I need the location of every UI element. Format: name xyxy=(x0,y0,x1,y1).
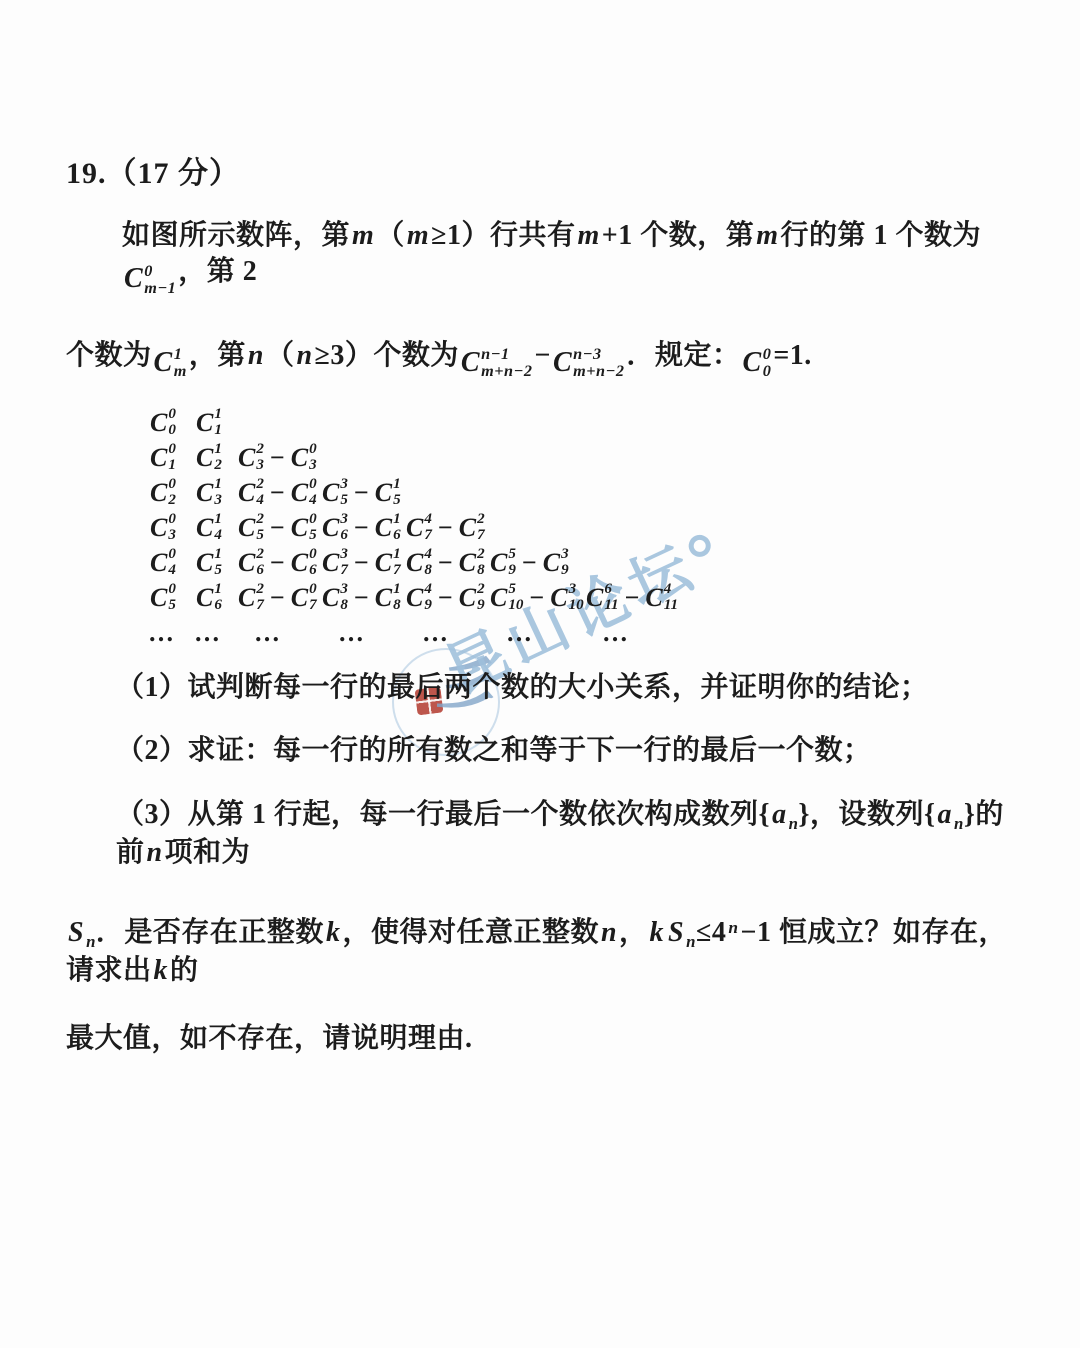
matrix-cell: C03 xyxy=(148,512,194,544)
text-run: =1. xyxy=(773,340,811,371)
binomial-symbol: C24 xyxy=(238,477,264,509)
binomial-symbol: C16 xyxy=(375,512,401,544)
binomial-symbol: Cn−1m+n−2 xyxy=(461,345,533,381)
sup-sub-stack: 411 xyxy=(664,582,678,614)
sup-sub-stack: 49 xyxy=(424,582,432,614)
binomial-symbol: C48 xyxy=(406,547,432,579)
sup-sub-stack: 0m−1 xyxy=(144,263,176,297)
binomial-symbol: C17 xyxy=(375,547,401,579)
math-variable: k xyxy=(648,917,667,948)
binomial-letter: C xyxy=(375,513,392,543)
binomial-symbol: C611 xyxy=(586,582,619,614)
superscript: 0 xyxy=(144,263,176,280)
binomial-letter: C xyxy=(322,583,339,613)
subscript: 2 xyxy=(214,458,222,474)
binomial-symbol: C02 xyxy=(150,477,176,509)
binomial-letter: C xyxy=(196,408,213,438)
problem-points: （17 分） xyxy=(107,157,241,190)
superscript: 3 xyxy=(340,547,348,563)
subscript: m−1 xyxy=(144,280,176,297)
sup-sub-stack: 00 xyxy=(763,346,772,380)
superscript: 4 xyxy=(424,547,432,563)
text-run: +1 个数，第 xyxy=(602,220,754,251)
superscript: 0 xyxy=(168,512,176,528)
sup-sub-stack: 47 xyxy=(424,512,432,544)
binomial-symbol: C35 xyxy=(322,477,348,509)
sup-sub-stack: 16 xyxy=(214,582,222,614)
text-run: ≤ xyxy=(696,917,712,948)
subscript: m+n−2 xyxy=(481,363,532,380)
subscript: n xyxy=(954,814,964,833)
superscript: 1 xyxy=(214,512,222,528)
binomial-symbol: C411 xyxy=(645,582,678,614)
superscript: 5 xyxy=(508,547,516,563)
minus-sign: − xyxy=(354,478,369,508)
sup-sub-stack: 15 xyxy=(214,547,222,579)
superscript: 0 xyxy=(309,512,317,528)
binomial-symbol: C13 xyxy=(196,477,222,509)
text-run: ，第 xyxy=(189,340,246,371)
text-run: 个数为 xyxy=(66,340,152,371)
text-run: 的 xyxy=(170,955,199,986)
text-run: 最大值，如不存在，请说明理由. xyxy=(66,1023,473,1054)
binomial-letter: C xyxy=(238,548,255,578)
binomial-symbol: C04 xyxy=(291,477,317,509)
math-variable: m xyxy=(350,220,376,251)
subscript: 8 xyxy=(393,598,401,614)
subscript: 9 xyxy=(561,563,569,579)
binomial-letter: C xyxy=(322,513,339,543)
text-run: ，第 2 xyxy=(178,256,257,287)
sup-sub-stack: 35 xyxy=(340,477,348,509)
binomial-letter: C xyxy=(553,345,572,381)
subscript: m xyxy=(174,363,187,380)
sup-sub-stack: 01 xyxy=(168,442,176,474)
binomial-letter: C xyxy=(238,443,255,473)
text-run: 如图所示数阵，第 xyxy=(122,220,350,251)
binomial-symbol: C23 xyxy=(238,442,264,474)
subscript: 4 xyxy=(168,563,176,579)
superscript: 3 xyxy=(561,547,569,563)
binomial-symbol: C16 xyxy=(196,582,222,614)
subscript: 11 xyxy=(604,598,618,614)
subscript: 6 xyxy=(256,563,264,579)
sup-sub-stack: 26 xyxy=(256,547,264,579)
text-run: } xyxy=(964,799,976,830)
subscript: 5 xyxy=(256,528,264,544)
binomial-letter: C xyxy=(150,408,167,438)
exam-page: 彡 昆山论坛 19.（17 分） 如图所示数阵，第m（m≥1）行共有m+1 个数… xyxy=(0,0,1080,1348)
subscript: 5 xyxy=(214,563,222,579)
minus-sign: − xyxy=(438,548,453,578)
math-variable: n xyxy=(294,340,314,371)
matrix-row: C03C14C25−C05C36−C16C47−C27 xyxy=(148,510,1080,545)
binomial-letter: C xyxy=(124,261,143,297)
superscript: 4 xyxy=(664,582,678,598)
matrix-cell: C05 xyxy=(148,582,194,614)
binomial-letter: C xyxy=(322,548,339,578)
subscript: 5 xyxy=(340,493,348,509)
text-run: （2）求证：每一行的所有数之和等于下一行的最后一个数； xyxy=(116,735,872,766)
superscript: 2 xyxy=(256,582,264,598)
matrix-cell: C13 xyxy=(194,477,236,509)
ellipsis: … xyxy=(404,618,488,648)
subscript: 10 xyxy=(508,598,523,614)
minus-sign: − xyxy=(354,513,369,543)
sup-sub-stack: 25 xyxy=(256,512,264,544)
binomial-symbol: C39 xyxy=(543,547,569,579)
math-variable: m xyxy=(754,220,780,251)
binomial-symbol: C18 xyxy=(375,582,401,614)
text-run: （ xyxy=(376,220,405,251)
binomial-letter: C xyxy=(196,513,213,543)
superscript: 0 xyxy=(168,477,176,493)
text-run: − xyxy=(534,340,550,371)
binomial-letter: C xyxy=(550,583,567,613)
superscript: 1 xyxy=(393,582,401,598)
sup-sub-stack: 18 xyxy=(393,582,401,614)
superscript: 1 xyxy=(174,346,187,363)
superscript: 0 xyxy=(309,582,317,598)
binomial-letter: C xyxy=(196,478,213,508)
binomial-symbol: C510 xyxy=(490,582,523,614)
binomial-symbol: C15 xyxy=(375,477,401,509)
sup-sub-stack: 07 xyxy=(309,582,317,614)
matrix-row: C01C12C23−C03 xyxy=(148,440,1080,475)
binomial-letter: C xyxy=(743,345,762,381)
binomial-symbol: Cn−3m+n−2 xyxy=(553,345,625,381)
binomial-letter: C xyxy=(291,548,308,578)
subscript: 6 xyxy=(393,528,401,544)
binomial-symbol: C01 xyxy=(150,442,176,474)
text-run: ， xyxy=(619,917,648,948)
sup-sub-stack: n−3m+n−2 xyxy=(573,346,624,380)
matrix-cell: C47−C27 xyxy=(404,512,488,544)
sup-sub-stack: 39 xyxy=(561,547,569,579)
binomial-symbol: C27 xyxy=(238,582,264,614)
sup-sub-stack: 48 xyxy=(424,547,432,579)
sup-sub-stack: 15 xyxy=(393,477,401,509)
matrix-cell: C14 xyxy=(194,512,236,544)
ellipsis: … xyxy=(584,618,688,648)
matrix-cell: C510−C310 xyxy=(488,582,584,614)
matrix-cell: C26−C06 xyxy=(236,547,320,579)
sup-sub-stack: 11 xyxy=(214,407,222,439)
binomial-symbol: C12 xyxy=(196,442,222,474)
matrix-cell: C35−C15 xyxy=(320,477,404,509)
superscript: 2 xyxy=(256,512,264,528)
subscript: 11 xyxy=(664,598,678,614)
minus-sign: − xyxy=(438,513,453,543)
matrix-row: C00C11 xyxy=(148,405,1080,440)
subscript: 9 xyxy=(508,563,516,579)
math-variable: n xyxy=(145,837,165,868)
subscript: 7 xyxy=(256,598,264,614)
ellipsis: … xyxy=(148,618,194,648)
binomial-letter: C xyxy=(490,583,507,613)
sup-sub-stack: 310 xyxy=(569,582,584,614)
text-run: ≥3）个数为 xyxy=(315,340,459,371)
math-variable: S xyxy=(66,917,86,948)
sup-sub-stack: 04 xyxy=(309,477,317,509)
math-variable: k xyxy=(324,917,343,948)
sup-sub-stack: 00 xyxy=(168,407,176,439)
binomial-letter: C xyxy=(490,548,507,578)
subscript: 5 xyxy=(168,598,176,614)
text-run: ，设数列 xyxy=(810,799,924,830)
superscript: 0 xyxy=(168,582,176,598)
matrix-row: C02C13C24−C04C35−C15 xyxy=(148,475,1080,510)
subscript: 7 xyxy=(393,563,401,579)
superscript: 1 xyxy=(393,477,401,493)
text-run: ，使得对任意正整数 xyxy=(342,917,599,948)
sup-sub-stack: 59 xyxy=(508,547,516,579)
subscript: 3 xyxy=(309,458,317,474)
minus-sign: − xyxy=(270,513,285,543)
matrix-cell: C24−C04 xyxy=(236,477,320,509)
subscript: 8 xyxy=(340,598,348,614)
binomial-letter: C xyxy=(322,478,339,508)
superscript: n xyxy=(726,918,740,937)
text-run: { xyxy=(759,799,771,830)
subscript: 8 xyxy=(424,563,432,579)
superscript: 1 xyxy=(214,442,222,458)
minus-sign: − xyxy=(522,548,537,578)
binomial-letter: C xyxy=(291,513,308,543)
binomial-symbol: C03 xyxy=(291,442,317,474)
subscript: 3 xyxy=(168,528,176,544)
superscript: 1 xyxy=(214,407,222,423)
problem-number: 19. xyxy=(66,157,107,190)
binomial-letter: C xyxy=(150,583,167,613)
subscript: 4 xyxy=(256,493,264,509)
subscript: 4 xyxy=(214,528,222,544)
superscript: 6 xyxy=(604,582,618,598)
subscript: n xyxy=(86,932,96,951)
sup-sub-stack: 1m xyxy=(174,346,187,380)
math-variable: a xyxy=(936,799,955,830)
binomial-letter: C xyxy=(586,583,603,613)
superscript: 1 xyxy=(393,512,401,528)
text-run: } xyxy=(798,799,810,830)
matrix-cell: C48−C28 xyxy=(404,547,488,579)
superscript: 4 xyxy=(424,582,432,598)
binomial-symbol: C06 xyxy=(291,547,317,579)
question-1: （1）试判断每一行的最后两个数的大小关系，并证明你的结论； xyxy=(116,670,1020,706)
binomial-letter: C xyxy=(238,583,255,613)
binomial-symbol: C03 xyxy=(150,512,176,544)
minus-sign: − xyxy=(625,583,640,613)
binomial-symbol: C15 xyxy=(196,547,222,579)
sup-sub-stack: 37 xyxy=(340,547,348,579)
question-2: （2）求证：每一行的所有数之和等于下一行的最后一个数； xyxy=(116,733,1020,769)
subscript: 9 xyxy=(477,598,485,614)
binomial-letter: C xyxy=(150,443,167,473)
binomial-letter: C xyxy=(150,478,167,508)
math-variable: m xyxy=(575,220,601,251)
binomial-symbol: C37 xyxy=(322,547,348,579)
binomial-letter: C xyxy=(196,443,213,473)
superscript: 3 xyxy=(340,512,348,528)
subscript: n xyxy=(686,932,696,951)
sup-sub-stack: 611 xyxy=(604,582,618,614)
matrix-row: ………………… xyxy=(148,615,1080,650)
text-run: ≥1）行共有 xyxy=(431,220,575,251)
superscript: 1 xyxy=(393,547,401,563)
subscript: 1 xyxy=(214,423,222,439)
subscript: 0 xyxy=(763,363,772,380)
binomial-letter: C xyxy=(461,345,480,381)
sup-sub-stack: 16 xyxy=(393,512,401,544)
superscript: 2 xyxy=(477,512,485,528)
sup-sub-stack: 28 xyxy=(477,547,485,579)
subscript: 7 xyxy=(340,563,348,579)
problem-content: 19.（17 分） 如图所示数阵，第m（m≥1）行共有m+1 个数，第m行的第 … xyxy=(0,148,1080,1058)
matrix-cell: C27−C07 xyxy=(236,582,320,614)
binomial-letter: C xyxy=(291,478,308,508)
binomial-letter: C xyxy=(291,443,308,473)
sup-sub-stack: 05 xyxy=(168,582,176,614)
binomial-symbol: C29 xyxy=(459,582,485,614)
matrix-cell: C38−C18 xyxy=(320,582,404,614)
subscript: 8 xyxy=(477,563,485,579)
superscript: 2 xyxy=(256,442,264,458)
superscript: 1 xyxy=(214,582,222,598)
math-variable-subscripted: Sn xyxy=(66,917,96,948)
minus-sign: − xyxy=(270,548,285,578)
text-run: （3）从第 1 行起，每一行最后一个数依次构成数列 xyxy=(116,799,759,830)
binomial-letter: C xyxy=(375,478,392,508)
matrix-cell: C23−C03 xyxy=(236,442,320,474)
superscript: 4 xyxy=(424,512,432,528)
ellipsis: … xyxy=(194,618,236,648)
ellipsis: … xyxy=(236,618,320,648)
binomial-letter: C xyxy=(238,513,255,543)
matrix-cell: C59−C39 xyxy=(488,547,584,579)
matrix-cell: C11 xyxy=(194,407,236,439)
math-variable: a xyxy=(770,799,789,830)
superscript: 0 xyxy=(168,407,176,423)
sup-sub-stack: 29 xyxy=(477,582,485,614)
binomial-letter: C xyxy=(459,513,476,543)
subscript: n xyxy=(789,814,799,833)
subscript: 9 xyxy=(424,598,432,614)
binomial-letter: C xyxy=(238,478,255,508)
number-matrix: C00C11C01C12C23−C03C02C13C24−C04C35−C15C… xyxy=(148,405,1080,650)
superscript: 0 xyxy=(168,442,176,458)
math-variable-subscripted: an xyxy=(936,799,964,830)
sup-sub-stack: 27 xyxy=(256,582,264,614)
subscript: 5 xyxy=(393,493,401,509)
subscript: 6 xyxy=(340,528,348,544)
binomial-letter: C xyxy=(375,548,392,578)
binomial-letter: C xyxy=(459,548,476,578)
sup-sub-stack: 17 xyxy=(393,547,401,579)
binomial-symbol: C14 xyxy=(196,512,222,544)
matrix-cell: C611−C411 xyxy=(584,582,688,614)
math-variable: n xyxy=(599,917,619,948)
superscript: 0 xyxy=(309,442,317,458)
binomial-letter: C xyxy=(150,548,167,578)
binomial-symbol: C36 xyxy=(322,512,348,544)
matrix-cell: C36−C16 xyxy=(320,512,404,544)
text-run: { xyxy=(924,799,936,830)
matrix-row: C04C15C26−C06C37−C17C48−C28C59−C39 xyxy=(148,545,1080,580)
ellipsis: … xyxy=(320,618,404,648)
sup-sub-stack: 23 xyxy=(256,442,264,474)
ellipsis: … xyxy=(488,618,584,648)
subscript: m+n−2 xyxy=(573,363,624,380)
sup-sub-stack: 03 xyxy=(168,512,176,544)
sup-sub-stack: 510 xyxy=(508,582,523,614)
superscript: 0 xyxy=(763,346,772,363)
subscript: 7 xyxy=(424,528,432,544)
binomial-letter: C xyxy=(543,548,560,578)
subscript: 3 xyxy=(214,493,222,509)
binomial-symbol: C07 xyxy=(291,582,317,614)
matrix-cell: C25−C05 xyxy=(236,512,320,544)
binomial-letter: C xyxy=(291,583,308,613)
minus-sign: − xyxy=(270,478,285,508)
text-run: ．是否存在正整数 xyxy=(96,917,324,948)
sup-sub-stack: 05 xyxy=(309,512,317,544)
superscript: 1 xyxy=(214,547,222,563)
sup-sub-stack: 14 xyxy=(214,512,222,544)
math-power: 4n xyxy=(712,917,741,948)
text-run: ．规定： xyxy=(627,340,741,371)
binomial-symbol: C11 xyxy=(196,407,222,439)
binomial-symbol: C26 xyxy=(238,547,264,579)
binomial-symbol: C00 xyxy=(150,407,176,439)
subscript: 5 xyxy=(309,528,317,544)
minus-sign: − xyxy=(354,548,369,578)
sup-sub-stack: 04 xyxy=(168,547,176,579)
superscript: 2 xyxy=(256,477,264,493)
sup-sub-stack: 24 xyxy=(256,477,264,509)
subscript: 6 xyxy=(309,563,317,579)
math-variable-subscripted: Sn xyxy=(666,917,696,948)
matrix-row: C05C16C27−C07C38−C18C49−C29C510−C310C611… xyxy=(148,580,1080,615)
text-run: 行的第 1 个数为 xyxy=(781,220,982,251)
superscript: 2 xyxy=(477,582,485,598)
binomial-symbol: C05 xyxy=(291,512,317,544)
base-value: 4 xyxy=(712,917,727,948)
binomial-symbol: C27 xyxy=(459,512,485,544)
binomial-letter: C xyxy=(150,513,167,543)
subscript: 10 xyxy=(569,598,584,614)
math-variable: m xyxy=(405,220,431,251)
matrix-cell: C15 xyxy=(194,547,236,579)
binomial-symbol: C310 xyxy=(550,582,583,614)
sup-sub-stack: 06 xyxy=(309,547,317,579)
subscript: 0 xyxy=(168,423,176,439)
problem-title: 19.（17 分） xyxy=(66,148,1080,192)
minus-sign: − xyxy=(529,583,544,613)
matrix-cell: C16 xyxy=(194,582,236,614)
superscript: n−1 xyxy=(481,346,532,363)
math-variable-subscripted: an xyxy=(770,799,798,830)
superscript: n−3 xyxy=(573,346,624,363)
subscript: 2 xyxy=(168,493,176,509)
binomial-letter: C xyxy=(196,548,213,578)
superscript: 3 xyxy=(340,477,348,493)
sup-sub-stack: 38 xyxy=(340,582,348,614)
math-variable: n xyxy=(246,340,266,371)
binomial-letter: C xyxy=(154,345,173,381)
sup-sub-stack: 13 xyxy=(214,477,222,509)
binomial-symbol: C38 xyxy=(322,582,348,614)
sup-sub-stack: n−1m+n−2 xyxy=(481,346,532,380)
